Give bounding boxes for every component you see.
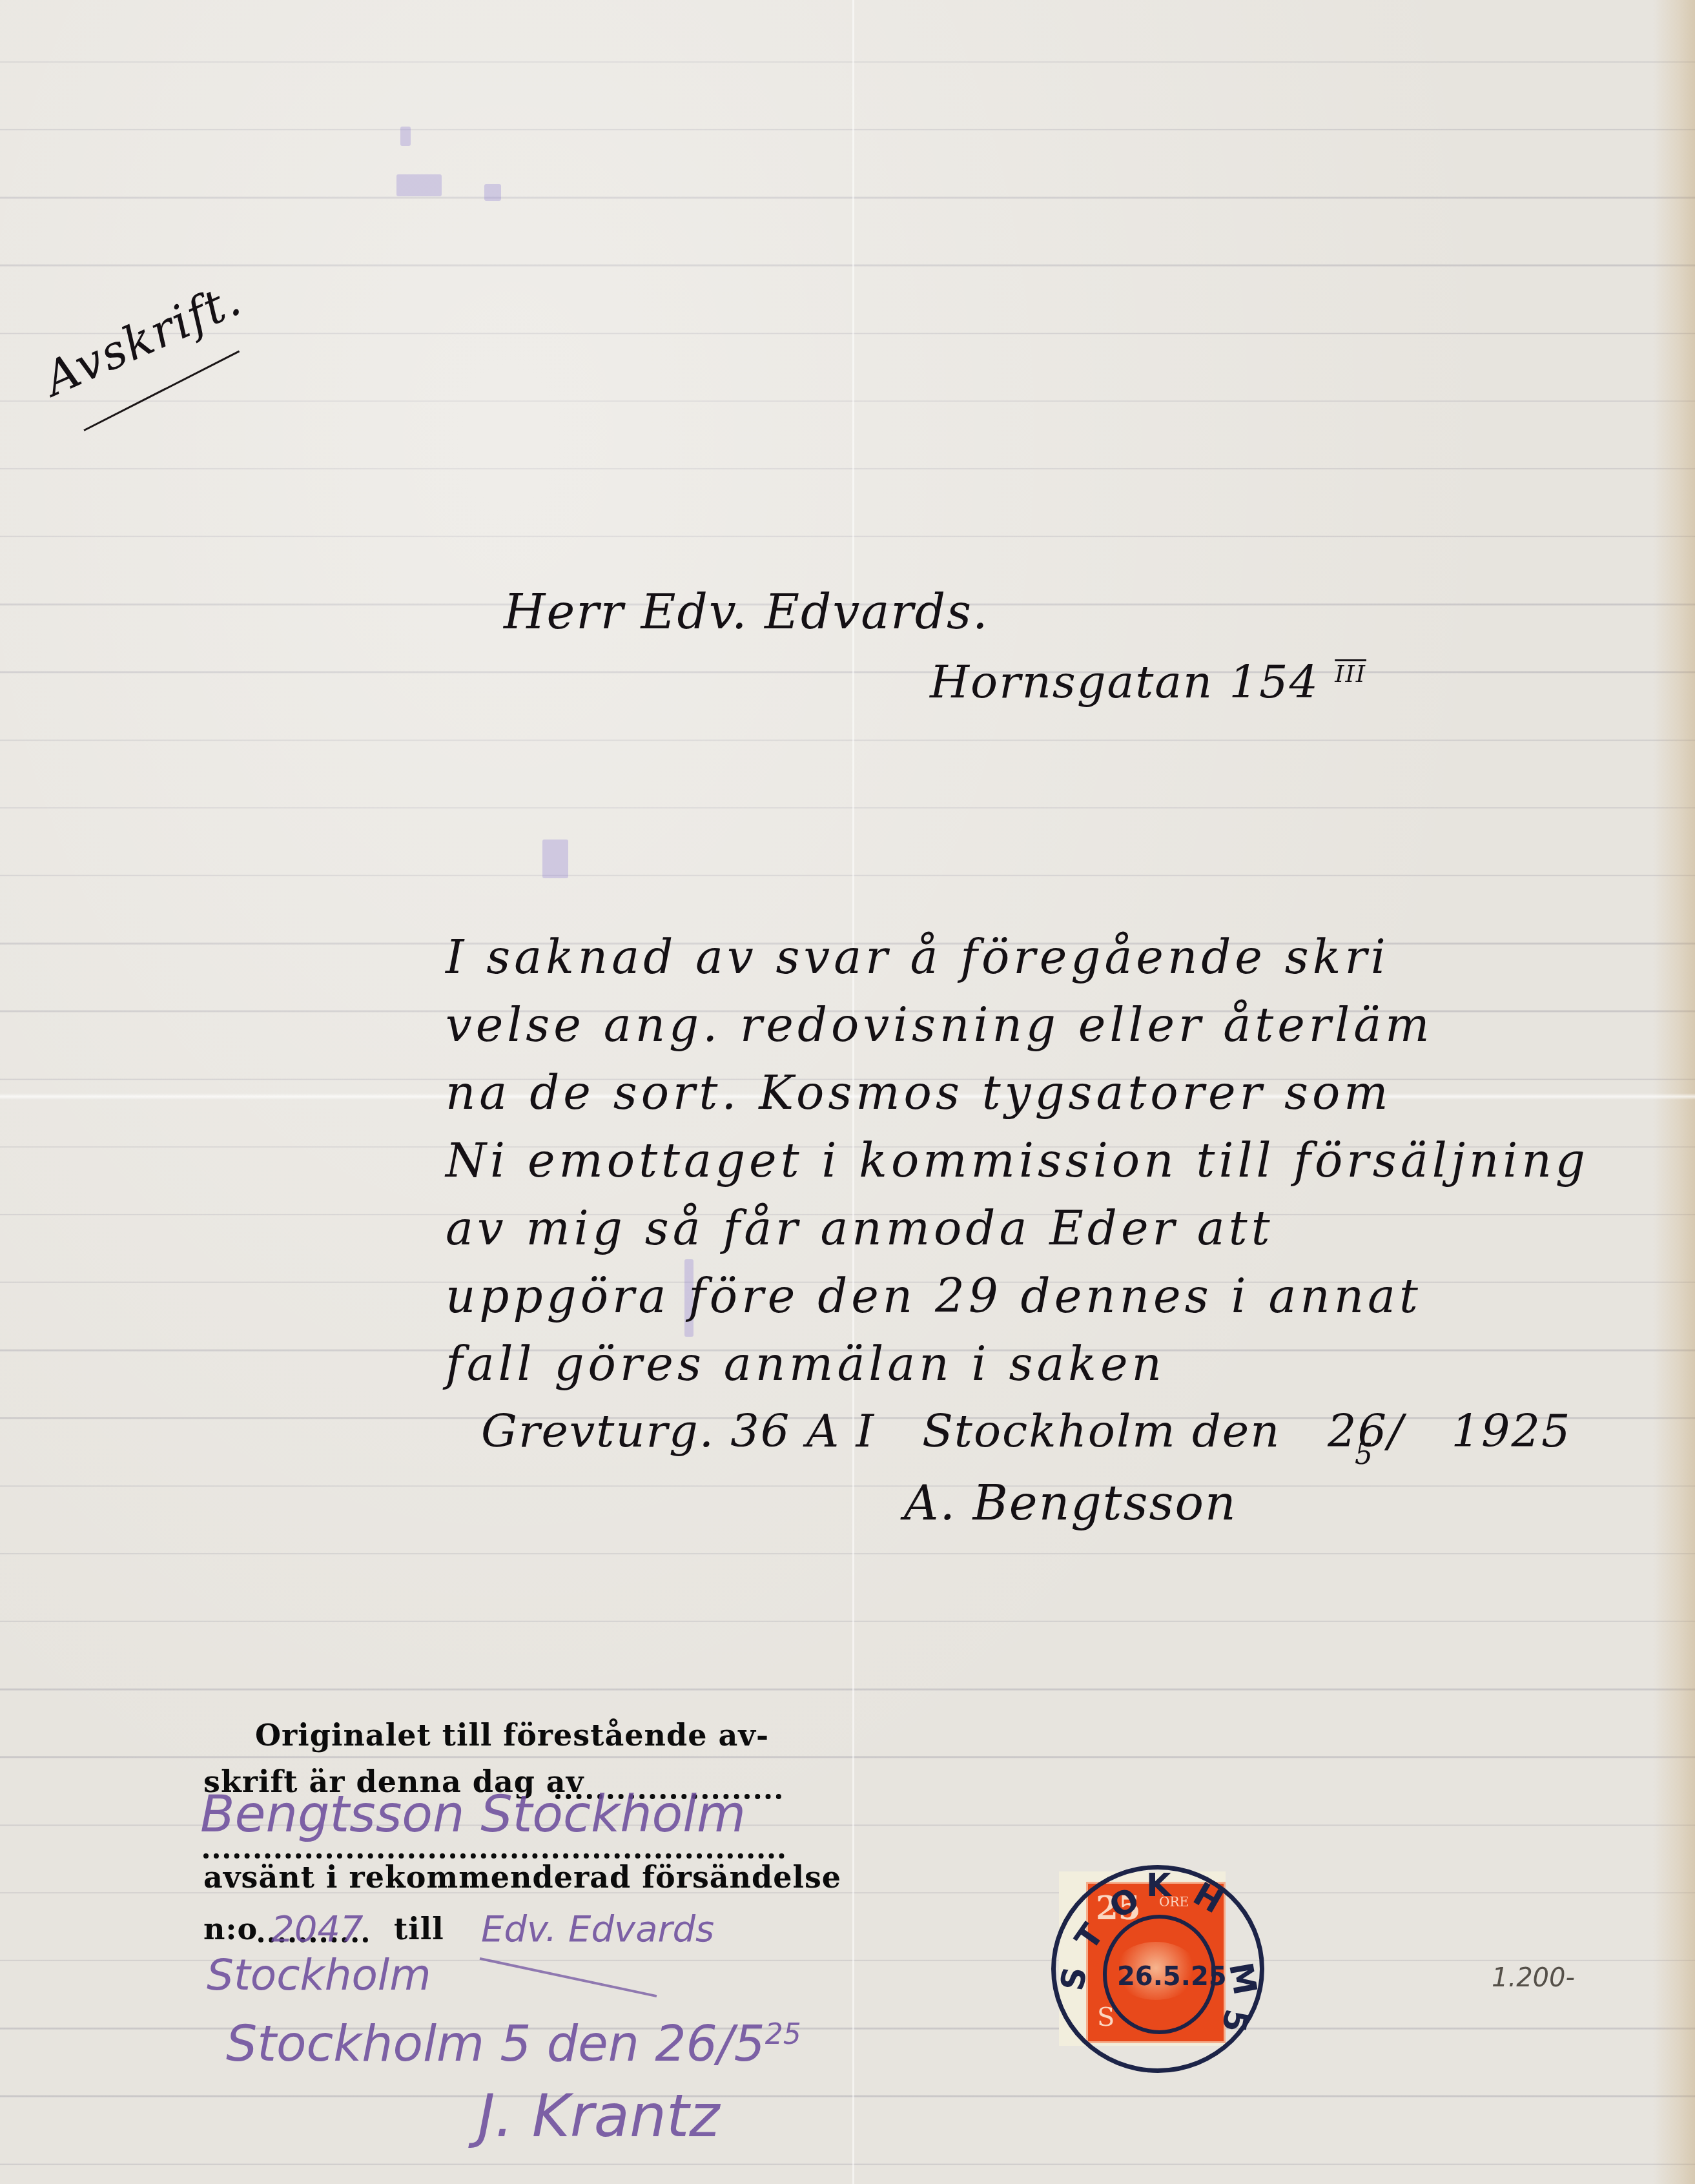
place: Stockholm den <box>922 1405 1280 1458</box>
sender-address: Grevturg. 36 A I <box>481 1405 875 1458</box>
recipient-name: Herr Edv. Edvards. <box>504 584 989 640</box>
sender-address-and-date: Grevturg. 36 A I Stockholm den 26/ 5 192… <box>481 1405 1572 1458</box>
pencil-note-amount: 1.200- <box>1492 1963 1575 1993</box>
form-entry-struck-word: Stockholm <box>207 1950 431 2000</box>
form-entry-number: 2047 <box>271 1908 364 1950</box>
body-line: Ni emottaget i kommission till försäljni… <box>446 1133 1589 1188</box>
form-entry-recipient: Edv. Edvards <box>481 1908 714 1950</box>
ink-bleed-mark <box>400 127 411 146</box>
address-street: Hornsgatan 154 <box>930 655 1319 708</box>
ink-bleed-mark <box>396 174 442 196</box>
body-line: velse ang. redovisning eller återläm <box>446 998 1433 1052</box>
postage-stamp: 25 ÖRE S S T O K H M 5 26.5.25 <box>1033 1853 1304 2112</box>
form-line-4-number-label: n:o <box>203 1911 258 1946</box>
form-entry-place-date: Stockholm 5 den 26/525 <box>226 2015 801 2072</box>
body-line: na de sort. Kosmos tygsatorer som <box>446 1066 1392 1120</box>
postmark-letter: K <box>1146 1866 1171 1904</box>
date-year: 1925 <box>1452 1405 1572 1458</box>
form-entry-sender: Bengtsson Stockholm <box>200 1786 746 1844</box>
form-line-3: avsänt i rekommenderad försändelse <box>203 1860 841 1895</box>
recipient-address: Hornsgatan 154 III <box>930 655 1366 708</box>
ink-bleed-mark <box>484 184 501 201</box>
form-dotted-line <box>203 1853 785 1859</box>
body-line: av mig så får anmoda Eder att <box>446 1201 1274 1255</box>
signature: A. Bengtsson <box>904 1476 1237 1531</box>
form-entry-year: 25 <box>765 2018 801 2051</box>
form-line-5-till-label: till <box>394 1911 444 1946</box>
body-line: fall göres anmälan i saken <box>446 1337 1166 1391</box>
postmark-date: 26.5.25 <box>1117 1962 1227 1992</box>
body-line: uppgöra före den 29 dennes i annat <box>446 1269 1422 1323</box>
date-month: 5 <box>1355 1438 1374 1471</box>
date-day-month: 26/ 5 <box>1328 1405 1404 1458</box>
form-entry-initials: J. Krantz <box>478 2083 720 2150</box>
address-floor: III <box>1335 661 1366 688</box>
form-entry-place-date-text: Stockholm 5 den 26/5 <box>226 2015 765 2072</box>
ink-bleed-mark <box>542 840 568 878</box>
body-line: I saknad av svar å föregående skri <box>446 930 1390 984</box>
postmark-letter: M <box>1222 1959 1264 1997</box>
form-line-1: Originalet till förestående av- <box>255 1718 769 1753</box>
